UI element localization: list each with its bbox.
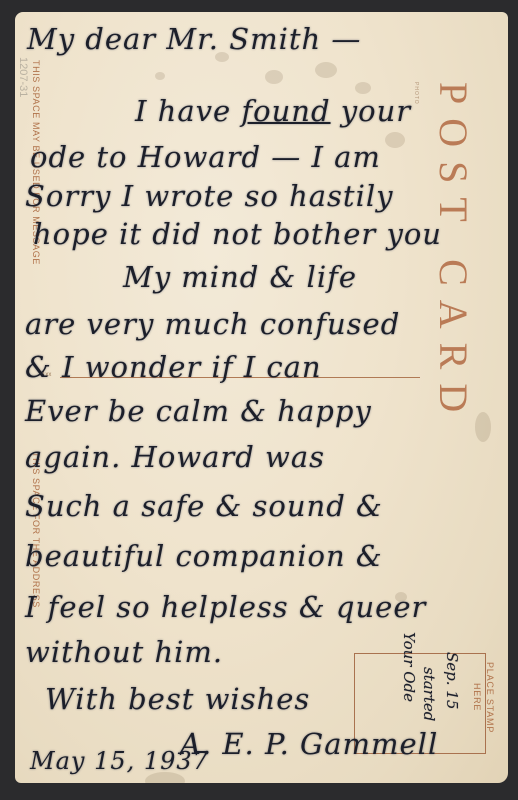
- margin-note-2: started: [420, 667, 438, 721]
- handwriting-line-10: Such a safe & sound &: [25, 489, 383, 523]
- signature: A. E. P. Gammell: [180, 727, 438, 761]
- stain: [155, 72, 165, 80]
- handwriting-line-1: I have found your: [135, 94, 411, 128]
- stamp-label-line1: PLACE STAMP: [485, 662, 495, 733]
- stamp-label-line2: HERE: [472, 683, 482, 711]
- salutation: My dear Mr. Smith —: [27, 22, 361, 56]
- handwriting-line-5: My mind & life: [123, 260, 357, 294]
- margin-note-1: Your Ode: [400, 632, 418, 702]
- printer-imprint: PHOTO: [413, 82, 419, 105]
- stain: [385, 132, 405, 148]
- handwriting-line-7: & I wonder if I can: [25, 350, 322, 384]
- postcard-title: POST CARD: [430, 82, 477, 426]
- handwriting-line-9: again. Howard was: [25, 440, 325, 474]
- address-space-label: THIS SPACE FOR THE ADDRESS: [31, 452, 41, 608]
- pencil-catalog-note: 1207-31: [17, 57, 29, 97]
- closing: With best wishes: [45, 682, 310, 716]
- margin-note-3: Sep. 15: [443, 652, 461, 709]
- handwriting-line-12: I feel so helpless & queer: [25, 590, 426, 624]
- stain: [315, 62, 337, 78]
- handwriting-line-13: without him.: [25, 635, 223, 669]
- stain: [475, 412, 491, 442]
- handwriting-line-3: Sorry I wrote so hastily: [25, 179, 394, 213]
- handwriting-line-11: beautiful companion &: [25, 539, 383, 573]
- underlined-word: found: [241, 94, 330, 128]
- stamp-box-label: PLACE STAMP HERE: [470, 662, 496, 733]
- handwriting-line-6: are very much confused: [25, 307, 400, 341]
- postcard: 1207-31 THIS SPACE MAY BE USED FOR MESSA…: [15, 12, 508, 783]
- stain: [265, 70, 283, 84]
- handwriting-line-4: hope it did not bother you: [33, 217, 442, 251]
- handwriting-line-2: ode to Howard — I am: [30, 140, 381, 174]
- date: May 15, 1937: [30, 747, 209, 775]
- handwriting-line-8: Ever be calm & happy: [25, 394, 372, 428]
- stain: [355, 82, 371, 94]
- line-1-end: your: [331, 94, 412, 128]
- line-1-start: I have: [135, 94, 241, 128]
